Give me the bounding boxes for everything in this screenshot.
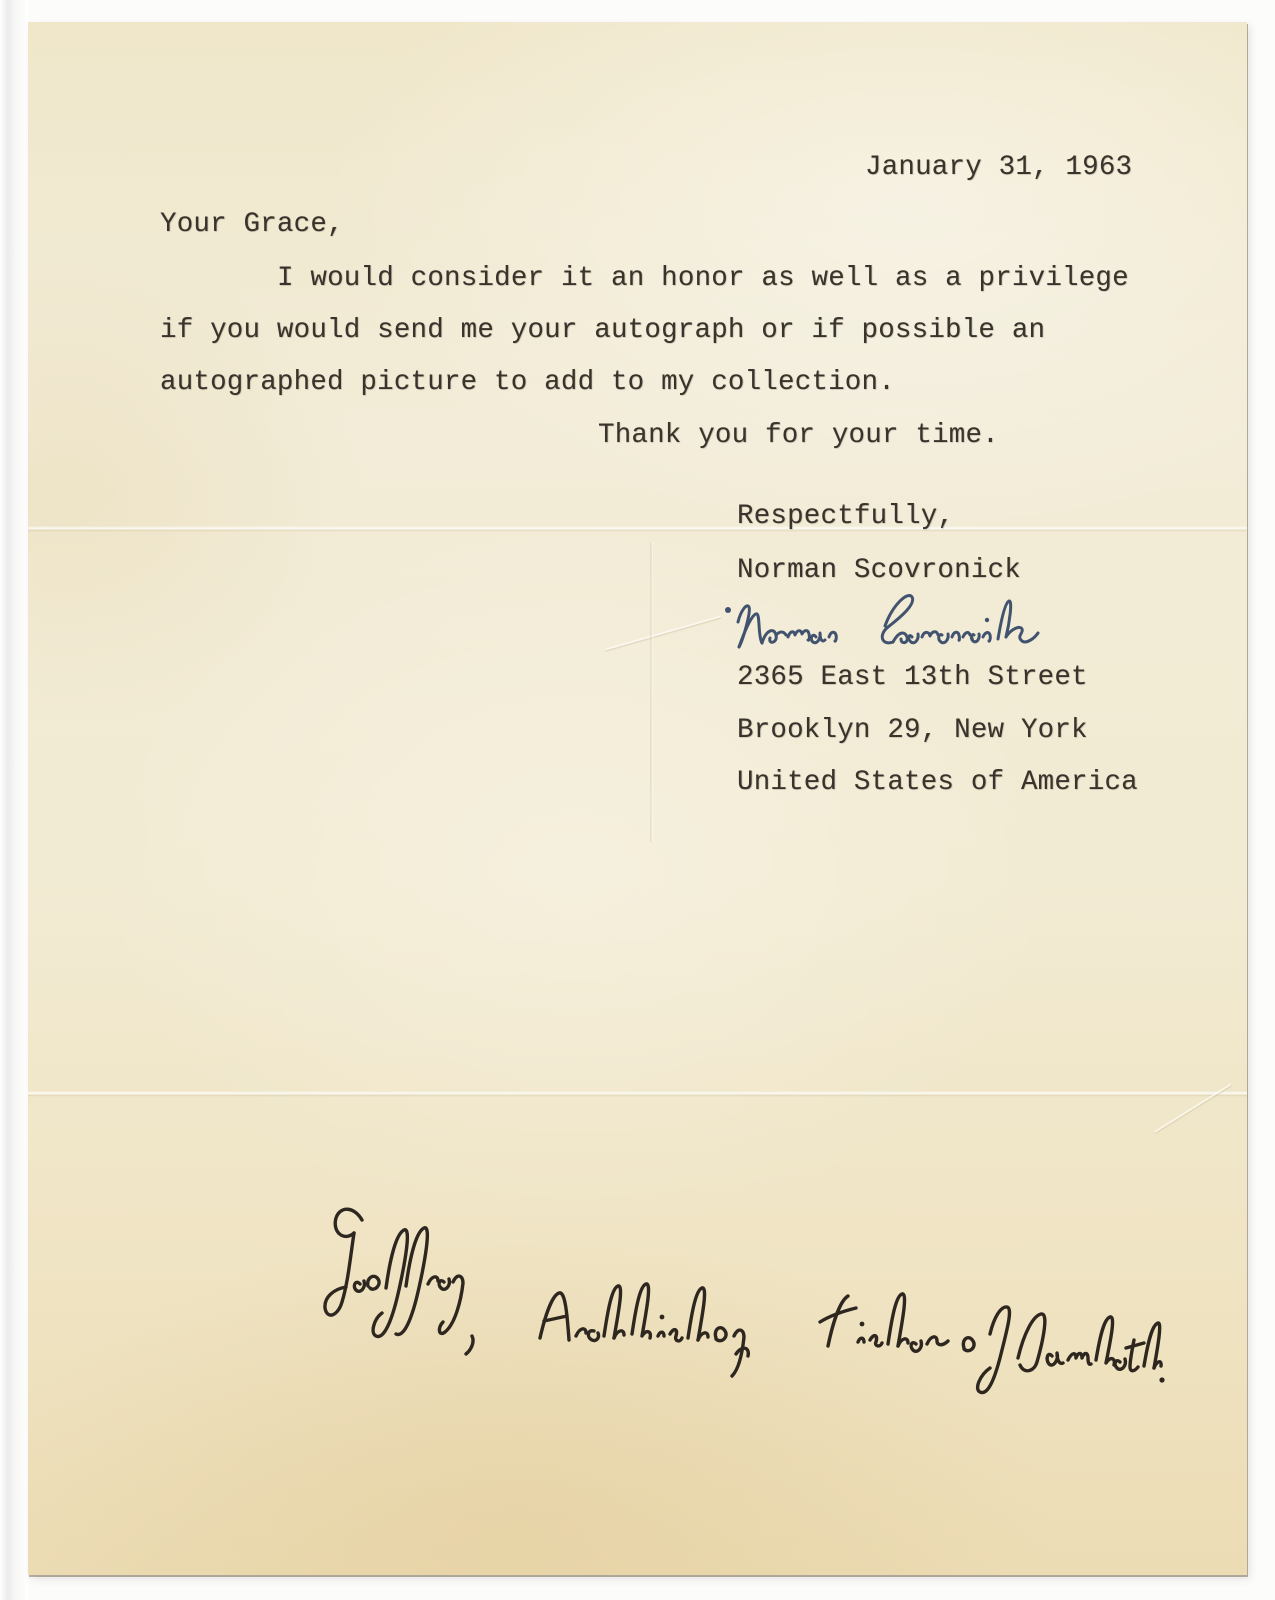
address-line-3: United States of America	[737, 767, 1138, 799]
address-line-2: Brooklyn 29, New York	[737, 715, 1088, 747]
fold-crease-top	[28, 526, 1247, 532]
sender-signature-handwritten: Norman Scovronick	[722, 586, 1046, 670]
salutation: Your Grace,	[160, 209, 344, 241]
scanner-edge-band	[0, 0, 28, 1600]
body-line-2: if you would send me your autograph or i…	[160, 315, 1045, 347]
scanned-letter-image: January 31, 1963 Your Grace, I would con…	[0, 0, 1275, 1600]
thanks-line: Thank you for your time.	[598, 420, 999, 452]
letter-paper: January 31, 1963 Your Grace, I would con…	[28, 22, 1247, 1575]
typed-sender-name: Norman Scovronick	[737, 555, 1021, 587]
body-line-3: autographed picture to add to my collect…	[160, 367, 895, 399]
small-crease	[605, 616, 721, 651]
fold-crease-bottom	[28, 1091, 1247, 1097]
recipient-signature-handwritten: Geoffrey, Archbishop Fisher of Lambeth.	[300, 1188, 1166, 1448]
letter-date: January 31, 1963	[865, 152, 1132, 184]
closing-line: Respectfully,	[737, 501, 954, 533]
body-line-1: I would consider it an honor as well as …	[277, 263, 1129, 295]
address-line-1: 2365 East 13th Street	[737, 662, 1088, 694]
small-crease	[650, 542, 652, 842]
